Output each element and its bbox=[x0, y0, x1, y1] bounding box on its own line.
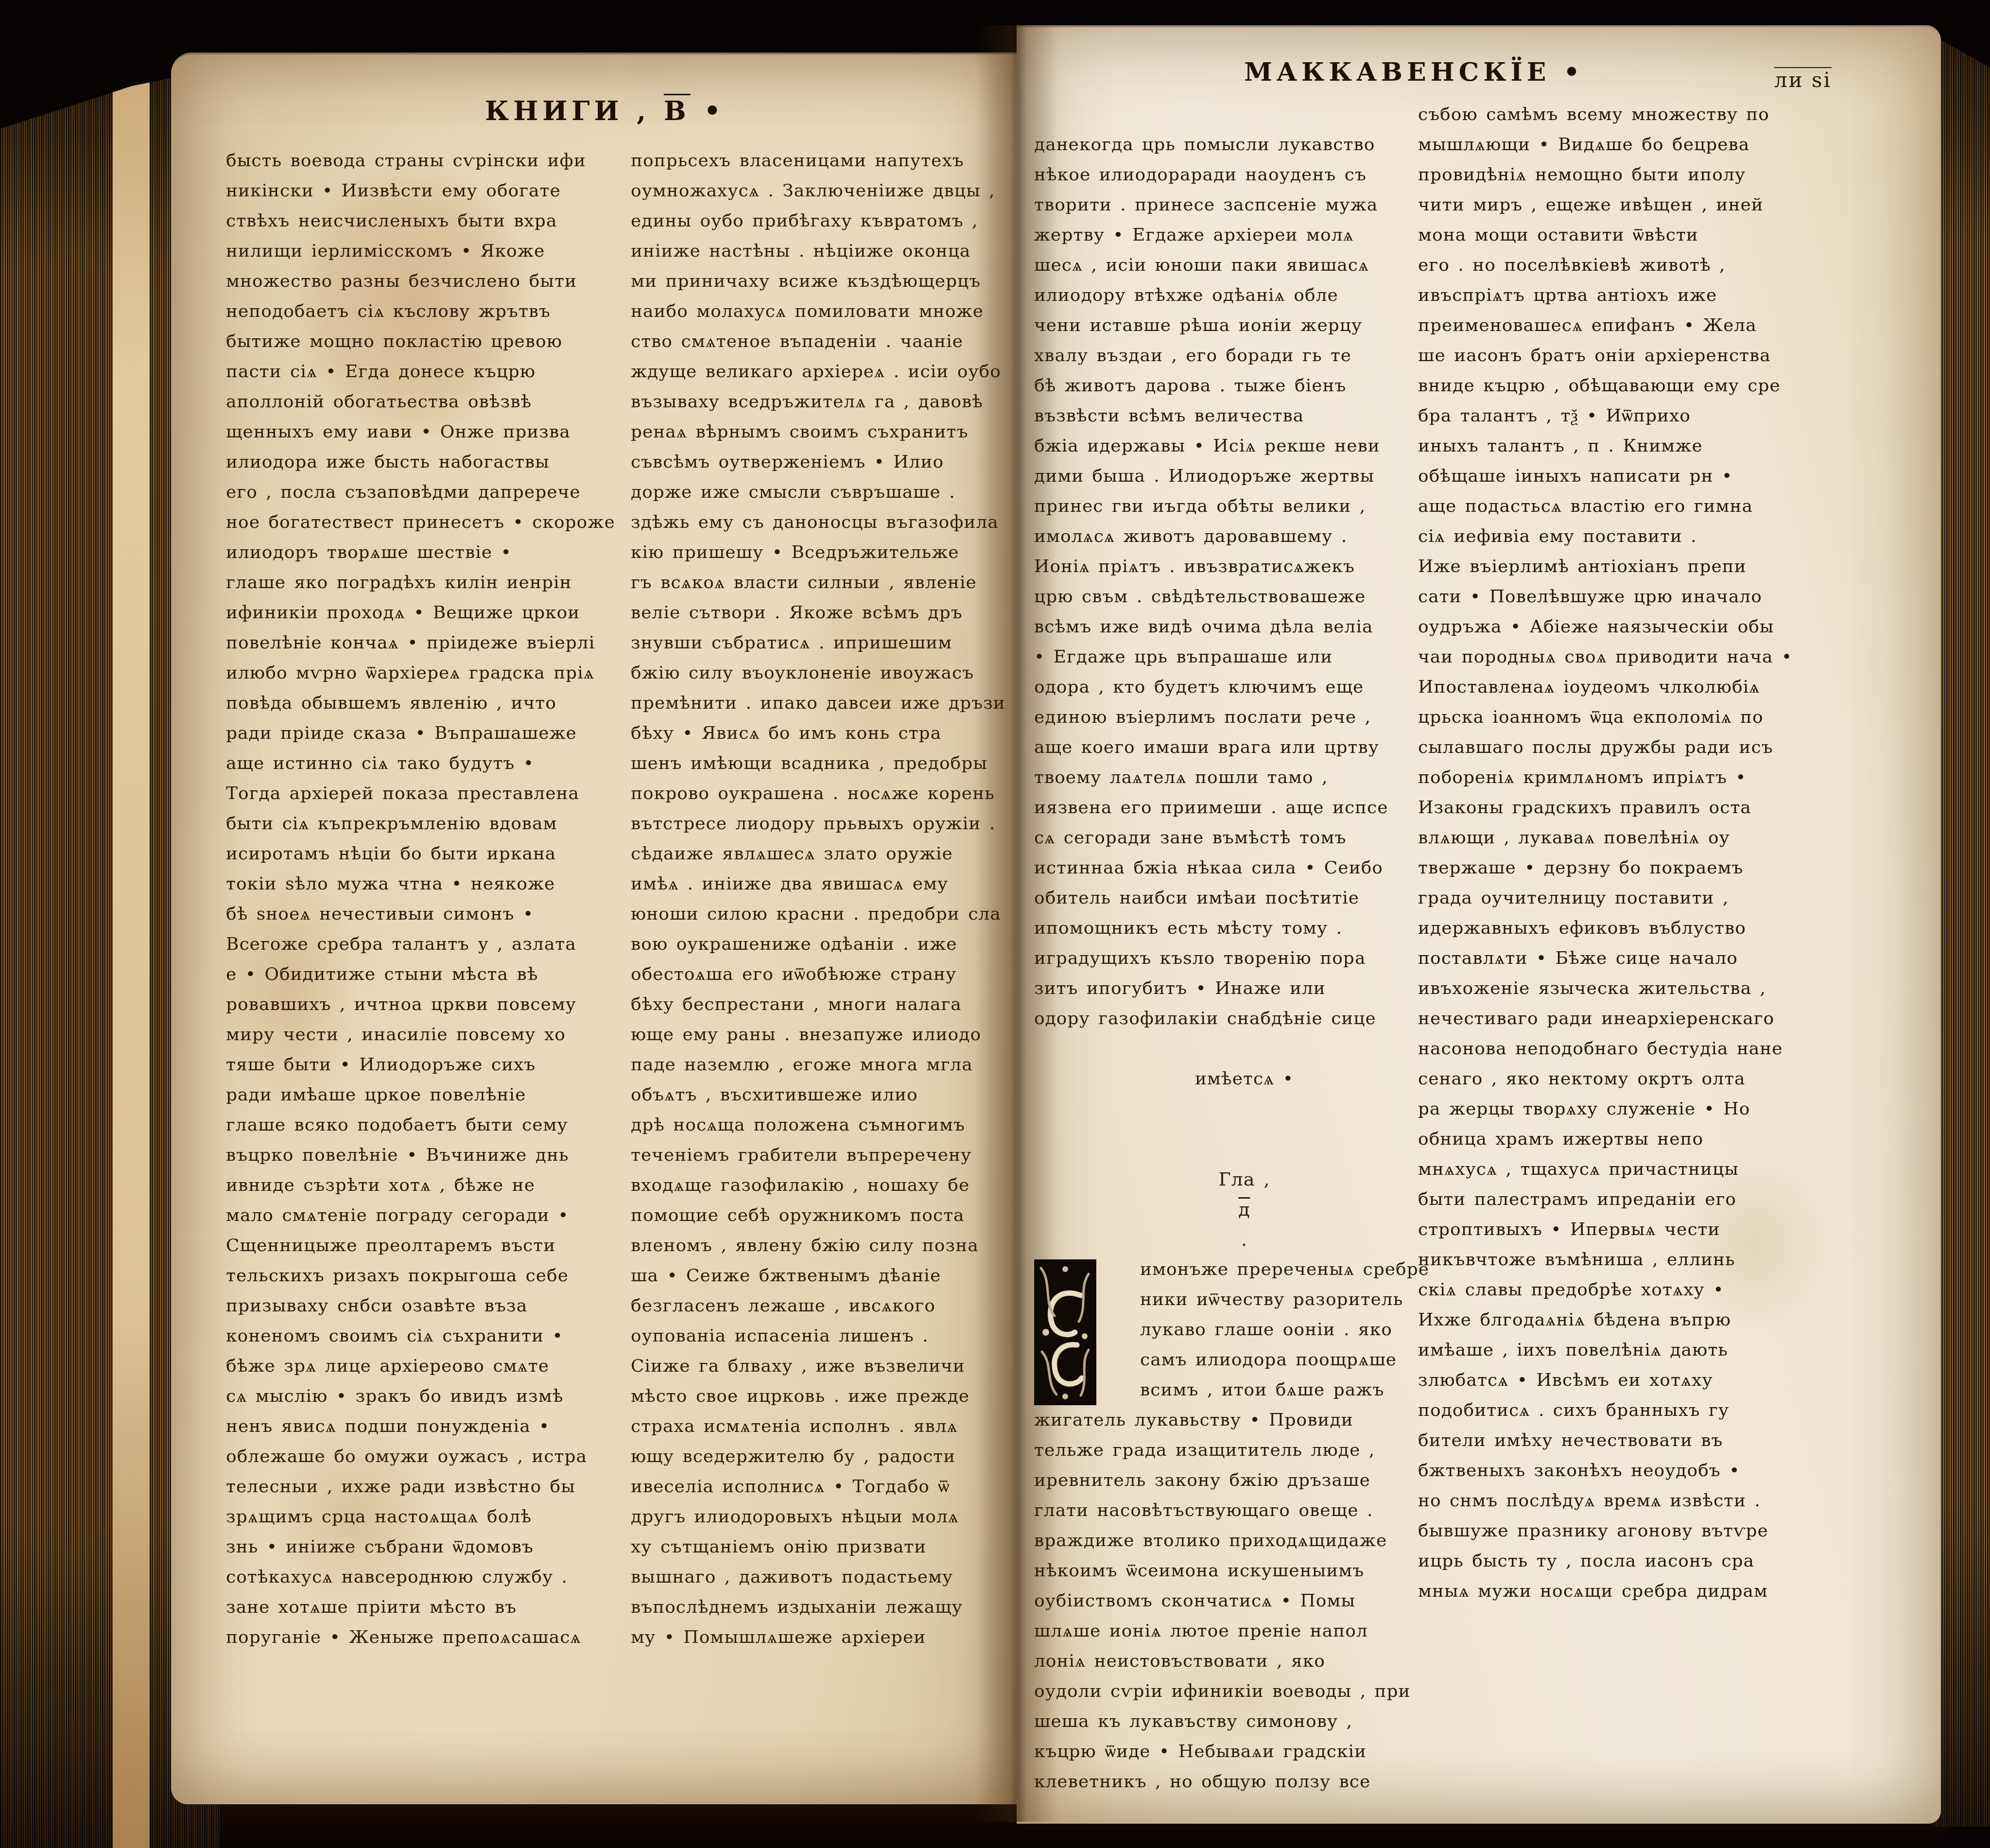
right-running-head: МАККАВЕНСКЇЕ • bbox=[1089, 57, 1740, 87]
left-column-2: попрьсехъ власеницами напутехъ оумножаху… bbox=[631, 146, 1054, 1653]
right-column-1-text: данекогда црь помысли лукавство нѣкое ил… bbox=[1034, 130, 1454, 1034]
drop-cap-paragraph: имонъже пререченыѧ сребре ники иѿчеству … bbox=[1034, 1194, 1454, 1797]
fore-edge-band bbox=[0, 57, 113, 1848]
left-running-head-label: КНИГИ , bbox=[485, 95, 650, 126]
chapter-heading-word: Гла , bbox=[1218, 1168, 1270, 1190]
initial-float bbox=[1034, 1224, 1140, 1381]
chapter-heading: Гла , д . bbox=[1034, 1134, 1454, 1164]
fore-edge-band bbox=[1933, 28, 1990, 1827]
fore-edge-paper-strip bbox=[113, 57, 150, 1848]
right-fore-edge-stack bbox=[1933, 28, 1990, 1827]
verse-closing-line: имѣетсѧ • bbox=[1034, 1064, 1454, 1094]
left-running-head-dot: • bbox=[704, 95, 725, 126]
left-column-1: бысть воевода страны сѵрінски ифи никінс… bbox=[226, 146, 627, 1653]
chapter-number: д bbox=[1238, 1199, 1250, 1220]
book-photo: КНИГИ , В • МАККАВЕНСКЇЕ • ли ѕі бысть в… bbox=[0, 0, 1990, 1848]
left-running-head-number: В bbox=[664, 95, 691, 126]
right-column-1: данекогда црь помысли лукавство нѣкое ил… bbox=[1034, 100, 1454, 1827]
chapter-heading-dot: . bbox=[1241, 1229, 1247, 1250]
left-running-head: КНИГИ , В • bbox=[226, 95, 984, 126]
right-column-2: събою самѣмъ всему множеству по мышлѧющи… bbox=[1418, 100, 1846, 1606]
folio-number: ли ѕі bbox=[1740, 68, 1866, 92]
